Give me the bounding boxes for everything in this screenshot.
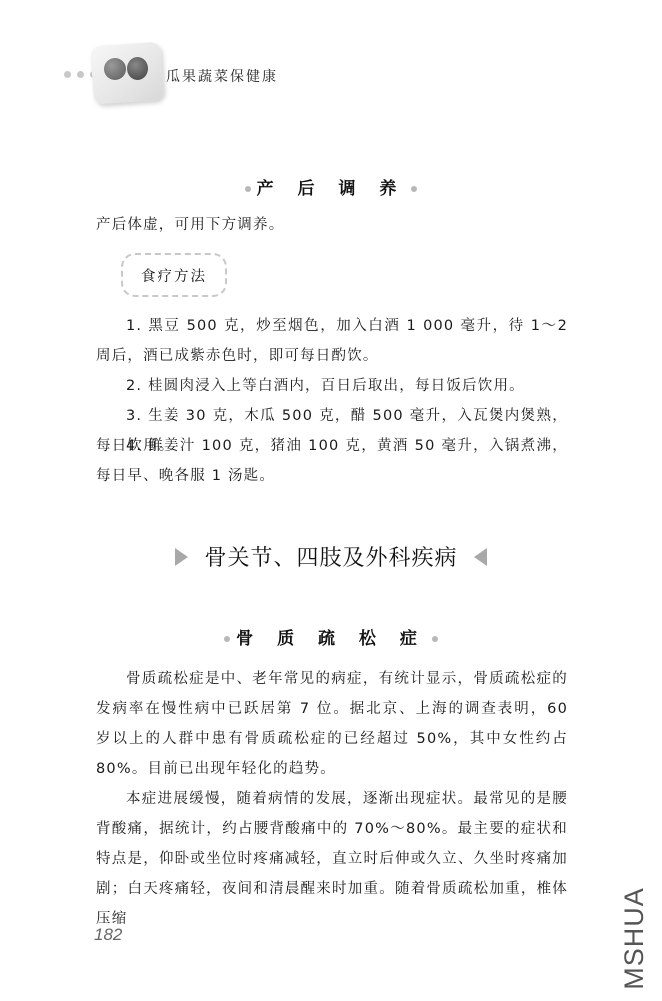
dot-icon [64,71,71,78]
triangle-left-icon [474,548,487,566]
orange-icon [104,58,126,80]
section-title-text: 骨 质 疏 松 症 [236,629,426,649]
chapter-title-text: 骨关节、四肢及外科疾病 [204,546,457,571]
running-title: 瓜果蔬菜保健康 [166,66,278,86]
diet-therapy-label: 食疗方法 [121,253,227,297]
body-paragraph-1: 骨质疏松症是中、老年常见的病症，有统计显示，骨质疏松症的发病率在慢性病中已跃居第… [96,664,568,784]
chapter-title: 骨关节、四肢及外科疾病 [0,541,662,572]
watermark: MSHUA [612,880,656,996]
dot-icon [77,71,84,78]
page-number: 182 [94,925,122,945]
recipe-item-2: 2. 桂圆肉浸入上等白酒内，百日后取出，每日饭后饮用。 [96,371,568,401]
recipe-item-4: 4. 鲜姜汁 100 克，猪油 100 克，黄酒 50 毫升，入锅煮沸，每日早、… [96,431,568,491]
watermark-text: MSHUA [619,887,650,990]
section-intro: 产后体虚，可用下方调养。 [96,210,568,240]
body-paragraph-2: 本症进展缓慢，随着病情的发展，逐渐出现症状。最常见的是腰背酸痛，据统计，约占腰背… [96,784,568,934]
triangle-right-icon [175,548,188,566]
bullet-icon [245,186,251,192]
bullet-icon [224,636,230,642]
bullet-icon [432,636,438,642]
bullet-icon [411,186,417,192]
section-title-postpartum: 产 后 调 养 [0,174,662,199]
diet-therapy-label-text: 食疗方法 [141,265,207,286]
section-title-text: 产 后 调 养 [257,179,406,199]
tomato-icon [127,57,148,80]
recipe-item-1: 1. 黑豆 500 克，炒至烟色，加入白酒 1 000 毫升，待 1～2 周后，… [96,311,568,371]
running-header: 瓜果蔬菜保健康 [0,44,662,108]
section-title-osteoporosis: 骨 质 疏 松 症 [0,624,662,649]
